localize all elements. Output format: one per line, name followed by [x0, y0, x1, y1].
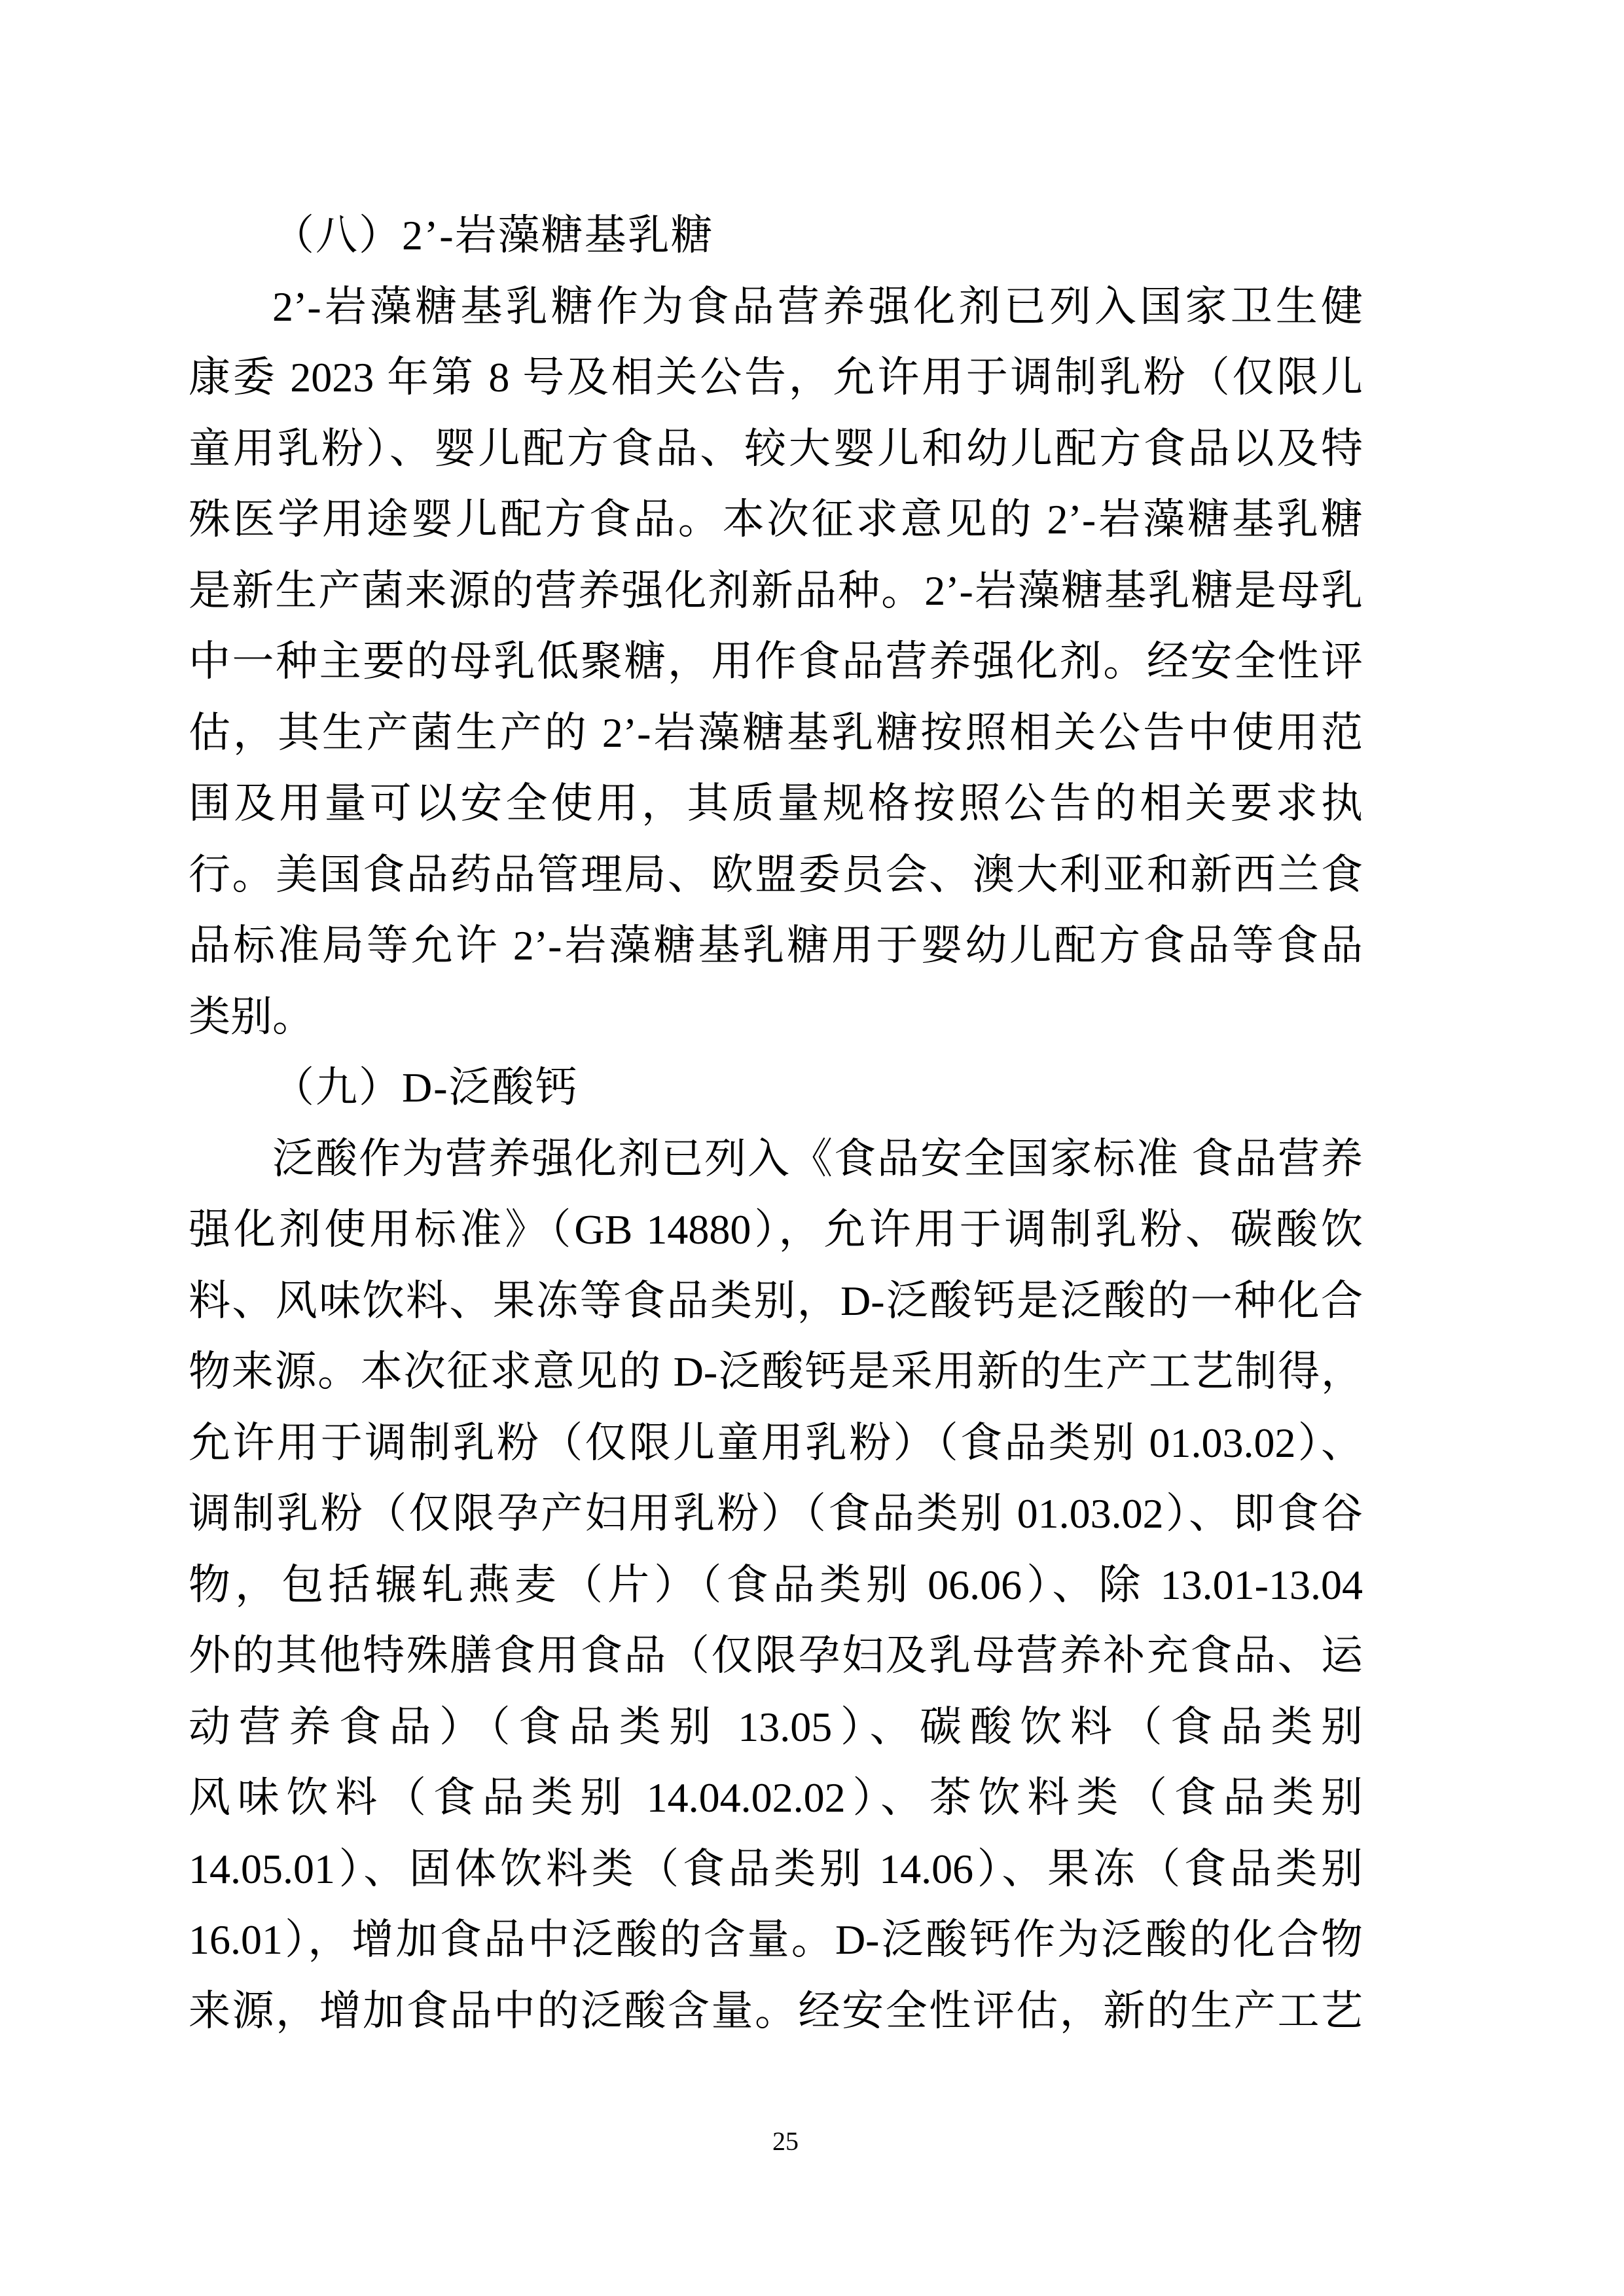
body-line: 童用乳粉）、婴儿配方食品、较大婴儿和幼儿配方食品以及特	[189, 414, 1363, 485]
body-line: 调制乳粉（仅限孕产妇用乳粉）（食品类别 01.03.02）、即食谷	[189, 1479, 1363, 1550]
body-line: 风味饮料（食品类别 14.04.02.02）、茶饮料类（食品类别	[189, 1763, 1363, 1834]
body-line: 料、风味饮料、果冻等食品类别，D-泛酸钙是泛酸的一种化合	[189, 1266, 1363, 1337]
body-line: 品标准局等允许 2’-岩藻糖基乳糖用于婴幼儿配方食品等食品	[189, 910, 1363, 982]
body-line: 中一种主要的母乳低聚糖，用作食品营养强化剂。经安全性评	[189, 626, 1363, 698]
body-line: 14.05.01）、固体饮料类（食品类别 14.06）、果冻（食品类别	[189, 1834, 1363, 1905]
body-line-paragraph-end: 类别。	[189, 982, 1363, 1053]
document-body: （八）2’-岩藻糖基乳糖 2’-岩藻糖基乳糖作为食品营养强化剂已列入国家卫生健 …	[189, 200, 1363, 2047]
body-line: 16.01），增加食品中泛酸的含量。D-泛酸钙作为泛酸的化合物	[189, 1905, 1363, 1976]
body-line: 允许用于调制乳粉（仅限儿童用乳粉）（食品类别 01.03.02）、	[189, 1408, 1363, 1479]
body-line: 物，包括辗轧燕麦（片）（食品类别 06.06）、除 13.01-13.04	[189, 1550, 1363, 1621]
body-line: 殊医学用途婴儿配方食品。本次征求意见的 2’-岩藻糖基乳糖	[189, 484, 1363, 556]
body-line: 外的其他特殊膳食用食品（仅限孕妇及乳母营养补充食品、运	[189, 1621, 1363, 1692]
section-heading-8: （八）2’-岩藻糖基乳糖	[189, 200, 1363, 272]
body-line: 围及用量可以安全使用，其质量规格按照公告的相关要求执	[189, 768, 1363, 840]
section-heading-9: （九）D-泛酸钙	[189, 1052, 1363, 1124]
body-line: 估，其生产菌生产的 2’-岩藻糖基乳糖按照相关公告中使用范	[189, 698, 1363, 769]
page-number: 25	[0, 2126, 1571, 2157]
body-line: 来源，增加食品中的泛酸含量。经安全性评估，新的生产工艺	[189, 1976, 1363, 2047]
body-line: 2’-岩藻糖基乳糖作为食品营养强化剂已列入国家卫生健	[189, 272, 1363, 343]
document-page: （八）2’-岩藻糖基乳糖 2’-岩藻糖基乳糖作为食品营养强化剂已列入国家卫生健 …	[0, 0, 1624, 2296]
body-line: 行。美国食品药品管理局、欧盟委员会、澳大利亚和新西兰食	[189, 840, 1363, 911]
body-line: 是新生产菌来源的营养强化剂新品种。2’-岩藻糖基乳糖是母乳	[189, 556, 1363, 627]
body-line: 动营养食品）（食品类别 13.05）、碳酸饮料（食品类别 14.04.01）、	[189, 1692, 1363, 1763]
body-line: 康委 2023 年第 8 号及相关公告，允许用于调制乳粉（仅限儿	[189, 342, 1363, 414]
body-line: 泛酸作为营养强化剂已列入《食品安全国家标准 食品营养	[189, 1124, 1363, 1195]
body-line: 强化剂使用标准》（GB 14880），允许用于调制乳粉、碳酸饮	[189, 1194, 1363, 1266]
body-line: 物来源。本次征求意见的 D-泛酸钙是采用新的生产工艺制得，	[189, 1336, 1363, 1408]
